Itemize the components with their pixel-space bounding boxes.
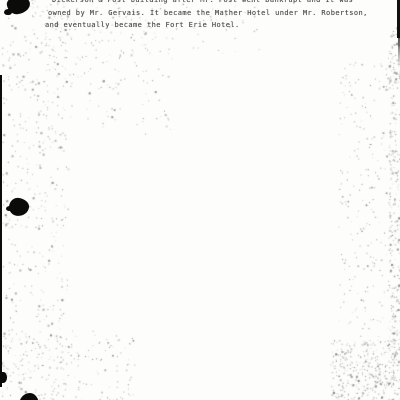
scanned-page: Dickerson & Post building after Mr. Post… <box>0 0 400 400</box>
page-edge-line-left <box>0 75 2 387</box>
scanner-dust-speckles <box>0 0 400 400</box>
hole-punch-bottom-partial <box>19 393 39 400</box>
hole-punch-top-smudge <box>4 9 12 15</box>
typewritten-line-1: Dickerson & Post building after Mr. Post… <box>52 0 353 4</box>
hole-punch-middle-smudge <box>6 206 13 211</box>
page-edge-nub-left <box>0 372 7 383</box>
typewritten-line-2: owned by Mr. Gervais. It became the Math… <box>48 9 368 17</box>
typewritten-line-3: and eventually became the Fort Erie Hote… <box>45 21 240 29</box>
